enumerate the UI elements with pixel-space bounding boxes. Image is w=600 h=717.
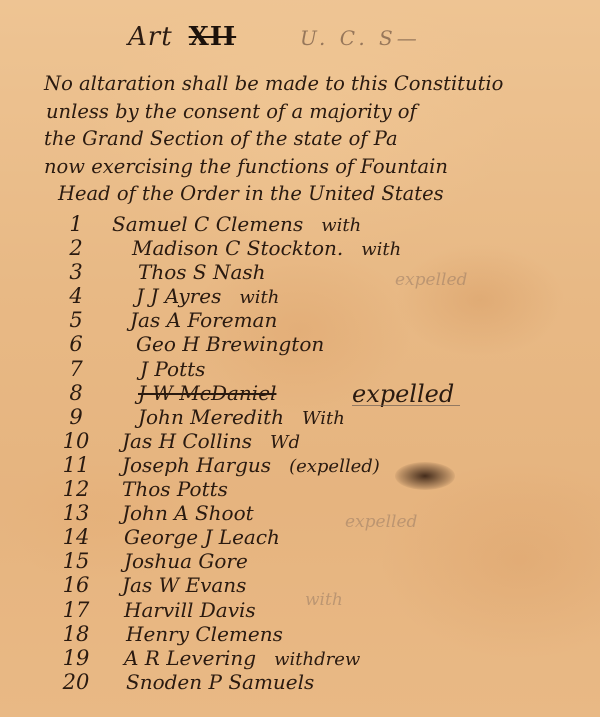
member-number: 18 [56, 622, 96, 646]
member-number: 5 [56, 308, 96, 332]
member-number: 8 [56, 381, 96, 405]
article-heading: ArtXII [128, 22, 238, 52]
member-note: with [239, 287, 279, 308]
member-row: 4J J Ayreswith [0, 284, 600, 308]
member-note: Wd [270, 432, 300, 453]
member-name: Joshua Gore [124, 549, 248, 573]
member-name: A R Levering [124, 646, 256, 670]
member-note: With [302, 408, 345, 429]
member-name: Henry Clemens [126, 622, 283, 646]
member-name: Madison C Stockton. [132, 236, 343, 260]
member-number: 9 [56, 405, 96, 429]
member-number: 3 [56, 260, 96, 284]
member-number: 1 [56, 212, 96, 236]
member-name: Harvill Davis [124, 598, 256, 622]
member-row: 9John MeredithWith [0, 405, 600, 429]
member-row: 17Harvill Davis [0, 598, 600, 622]
member-number: 20 [56, 670, 96, 694]
member-number: 12 [56, 477, 96, 501]
member-name: Snoden P Samuels [126, 670, 314, 694]
member-name: John Meredith [138, 405, 284, 429]
member-row: 8J W McDaniel [0, 381, 600, 405]
member-row: 18Henry Clemens [0, 622, 600, 646]
pencil-annotation-top: U. C. S— [300, 26, 421, 50]
member-number: 6 [56, 332, 96, 356]
paragraph-line: No altaration shall be made to this Cons… [44, 70, 596, 98]
member-number: 10 [56, 429, 96, 453]
member-row: 19A R Leveringwithdrew [0, 646, 600, 670]
member-row: 15Joshua Gore [0, 549, 600, 573]
member-name: John A Shoot [122, 501, 254, 525]
member-name: J W McDaniel [138, 381, 276, 405]
member-number: 17 [56, 598, 96, 622]
member-row: 6Geo H Brewington [0, 332, 600, 356]
member-number: 16 [56, 573, 96, 597]
member-list: 1Samuel C Clemenswith 2Madison C Stockto… [0, 212, 600, 694]
member-row: 7J Potts [0, 357, 600, 381]
scanned-document: ArtXII U. C. S— No altaration shall be m… [0, 0, 600, 717]
expelled-annotation: expelled [352, 380, 454, 408]
member-row: 3Thos S Nash [0, 260, 600, 284]
member-note: with [321, 215, 361, 236]
member-row: 12Thos Potts [0, 477, 600, 501]
member-row: 13John A Shoot [0, 501, 600, 525]
member-name: George J Leach [124, 525, 280, 549]
article-paragraph: No altaration shall be made to this Cons… [44, 70, 596, 208]
member-row: 2Madison C Stockton.with [0, 236, 600, 260]
article-prefix: Art [128, 22, 173, 52]
paragraph-line: unless by the consent of a majority of [44, 98, 596, 126]
article-number: XII [187, 22, 239, 52]
member-note: withdrew [274, 649, 360, 670]
member-row: 14George J Leach [0, 525, 600, 549]
member-name: Jas A Foreman [130, 308, 277, 332]
pencil-annotation-expelled: expelled [345, 512, 417, 532]
member-number: 14 [56, 525, 96, 549]
member-note: (expelled) [289, 456, 380, 477]
member-note: with [361, 239, 401, 260]
member-number: 7 [56, 357, 96, 381]
member-name: Thos S Nash [138, 260, 266, 284]
pencil-annotation-expelled: expelled [395, 270, 467, 290]
member-number: 2 [56, 236, 96, 260]
member-number: 15 [56, 549, 96, 573]
member-row: 11Joseph Hargus(expelled) [0, 453, 600, 477]
member-row: 20Snoden P Samuels [0, 670, 600, 694]
paragraph-line: now exercising the functions of Fountain [44, 153, 596, 181]
member-name: Jas W Evans [122, 573, 246, 597]
member-row: 16Jas W Evans [0, 573, 600, 597]
member-name: Joseph Hargus [122, 453, 271, 477]
paragraph-line: Head of the Order in the United States [44, 180, 596, 208]
member-name: Jas H Collins [122, 429, 252, 453]
member-name: Thos Potts [122, 477, 228, 501]
member-name: J Potts [140, 357, 205, 381]
member-number: 13 [56, 501, 96, 525]
member-row: 10Jas H CollinsWd [0, 429, 600, 453]
member-name: Samuel C Clemens [112, 212, 303, 236]
member-row: 1Samuel C Clemenswith [0, 212, 600, 236]
member-name: J J Ayres [136, 284, 221, 308]
member-number: 4 [56, 284, 96, 308]
paragraph-line: the Grand Section of the state of Pa [44, 125, 596, 153]
member-number: 19 [56, 646, 96, 670]
ink-blot [395, 462, 455, 490]
pencil-annotation-with: with [305, 590, 343, 610]
member-row: 5Jas A Foreman [0, 308, 600, 332]
member-name: Geo H Brewington [136, 332, 324, 356]
member-number: 11 [56, 453, 96, 477]
